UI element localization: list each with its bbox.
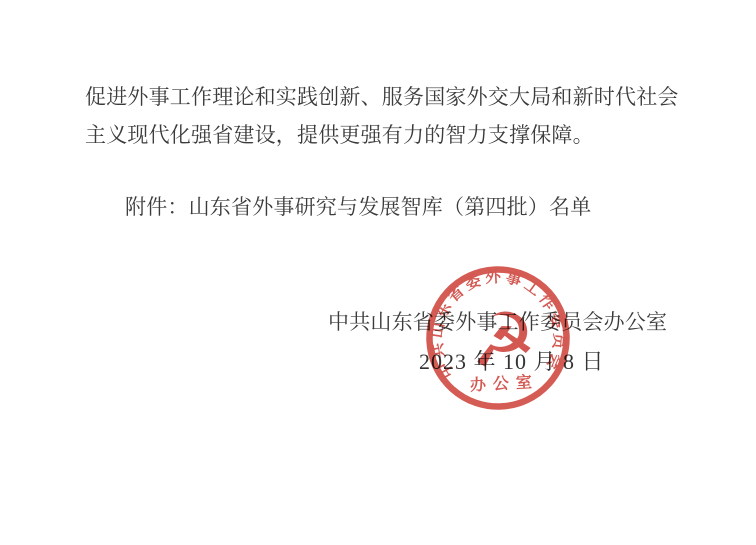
document-page: 促进外事工作理论和实践创新、服务国家外交大局和新时代社会 主义现代化强省建设，提…	[0, 0, 756, 545]
attachment-line: 附件：山东省外事研究与发展智库（第四批）名单	[125, 196, 591, 218]
seal-ring	[426, 266, 570, 410]
official-red-seal: 中共山东省委外事工作委员会 ☭ 办公室	[419, 259, 577, 417]
signature-org-line: 中共山东省委外事工作委员会办公室	[328, 311, 667, 333]
seal-bottom-text: 办公室	[469, 372, 539, 395]
body-paragraph-line-2: 主义现代化强省建设，提供更强有力的智力支撑保障。	[85, 124, 594, 146]
body-paragraph-line-1: 促进外事工作理论和实践创新、服务国家外交大局和新时代社会	[85, 86, 679, 108]
document-date: 2023 年 10 月 8 日	[419, 351, 605, 373]
